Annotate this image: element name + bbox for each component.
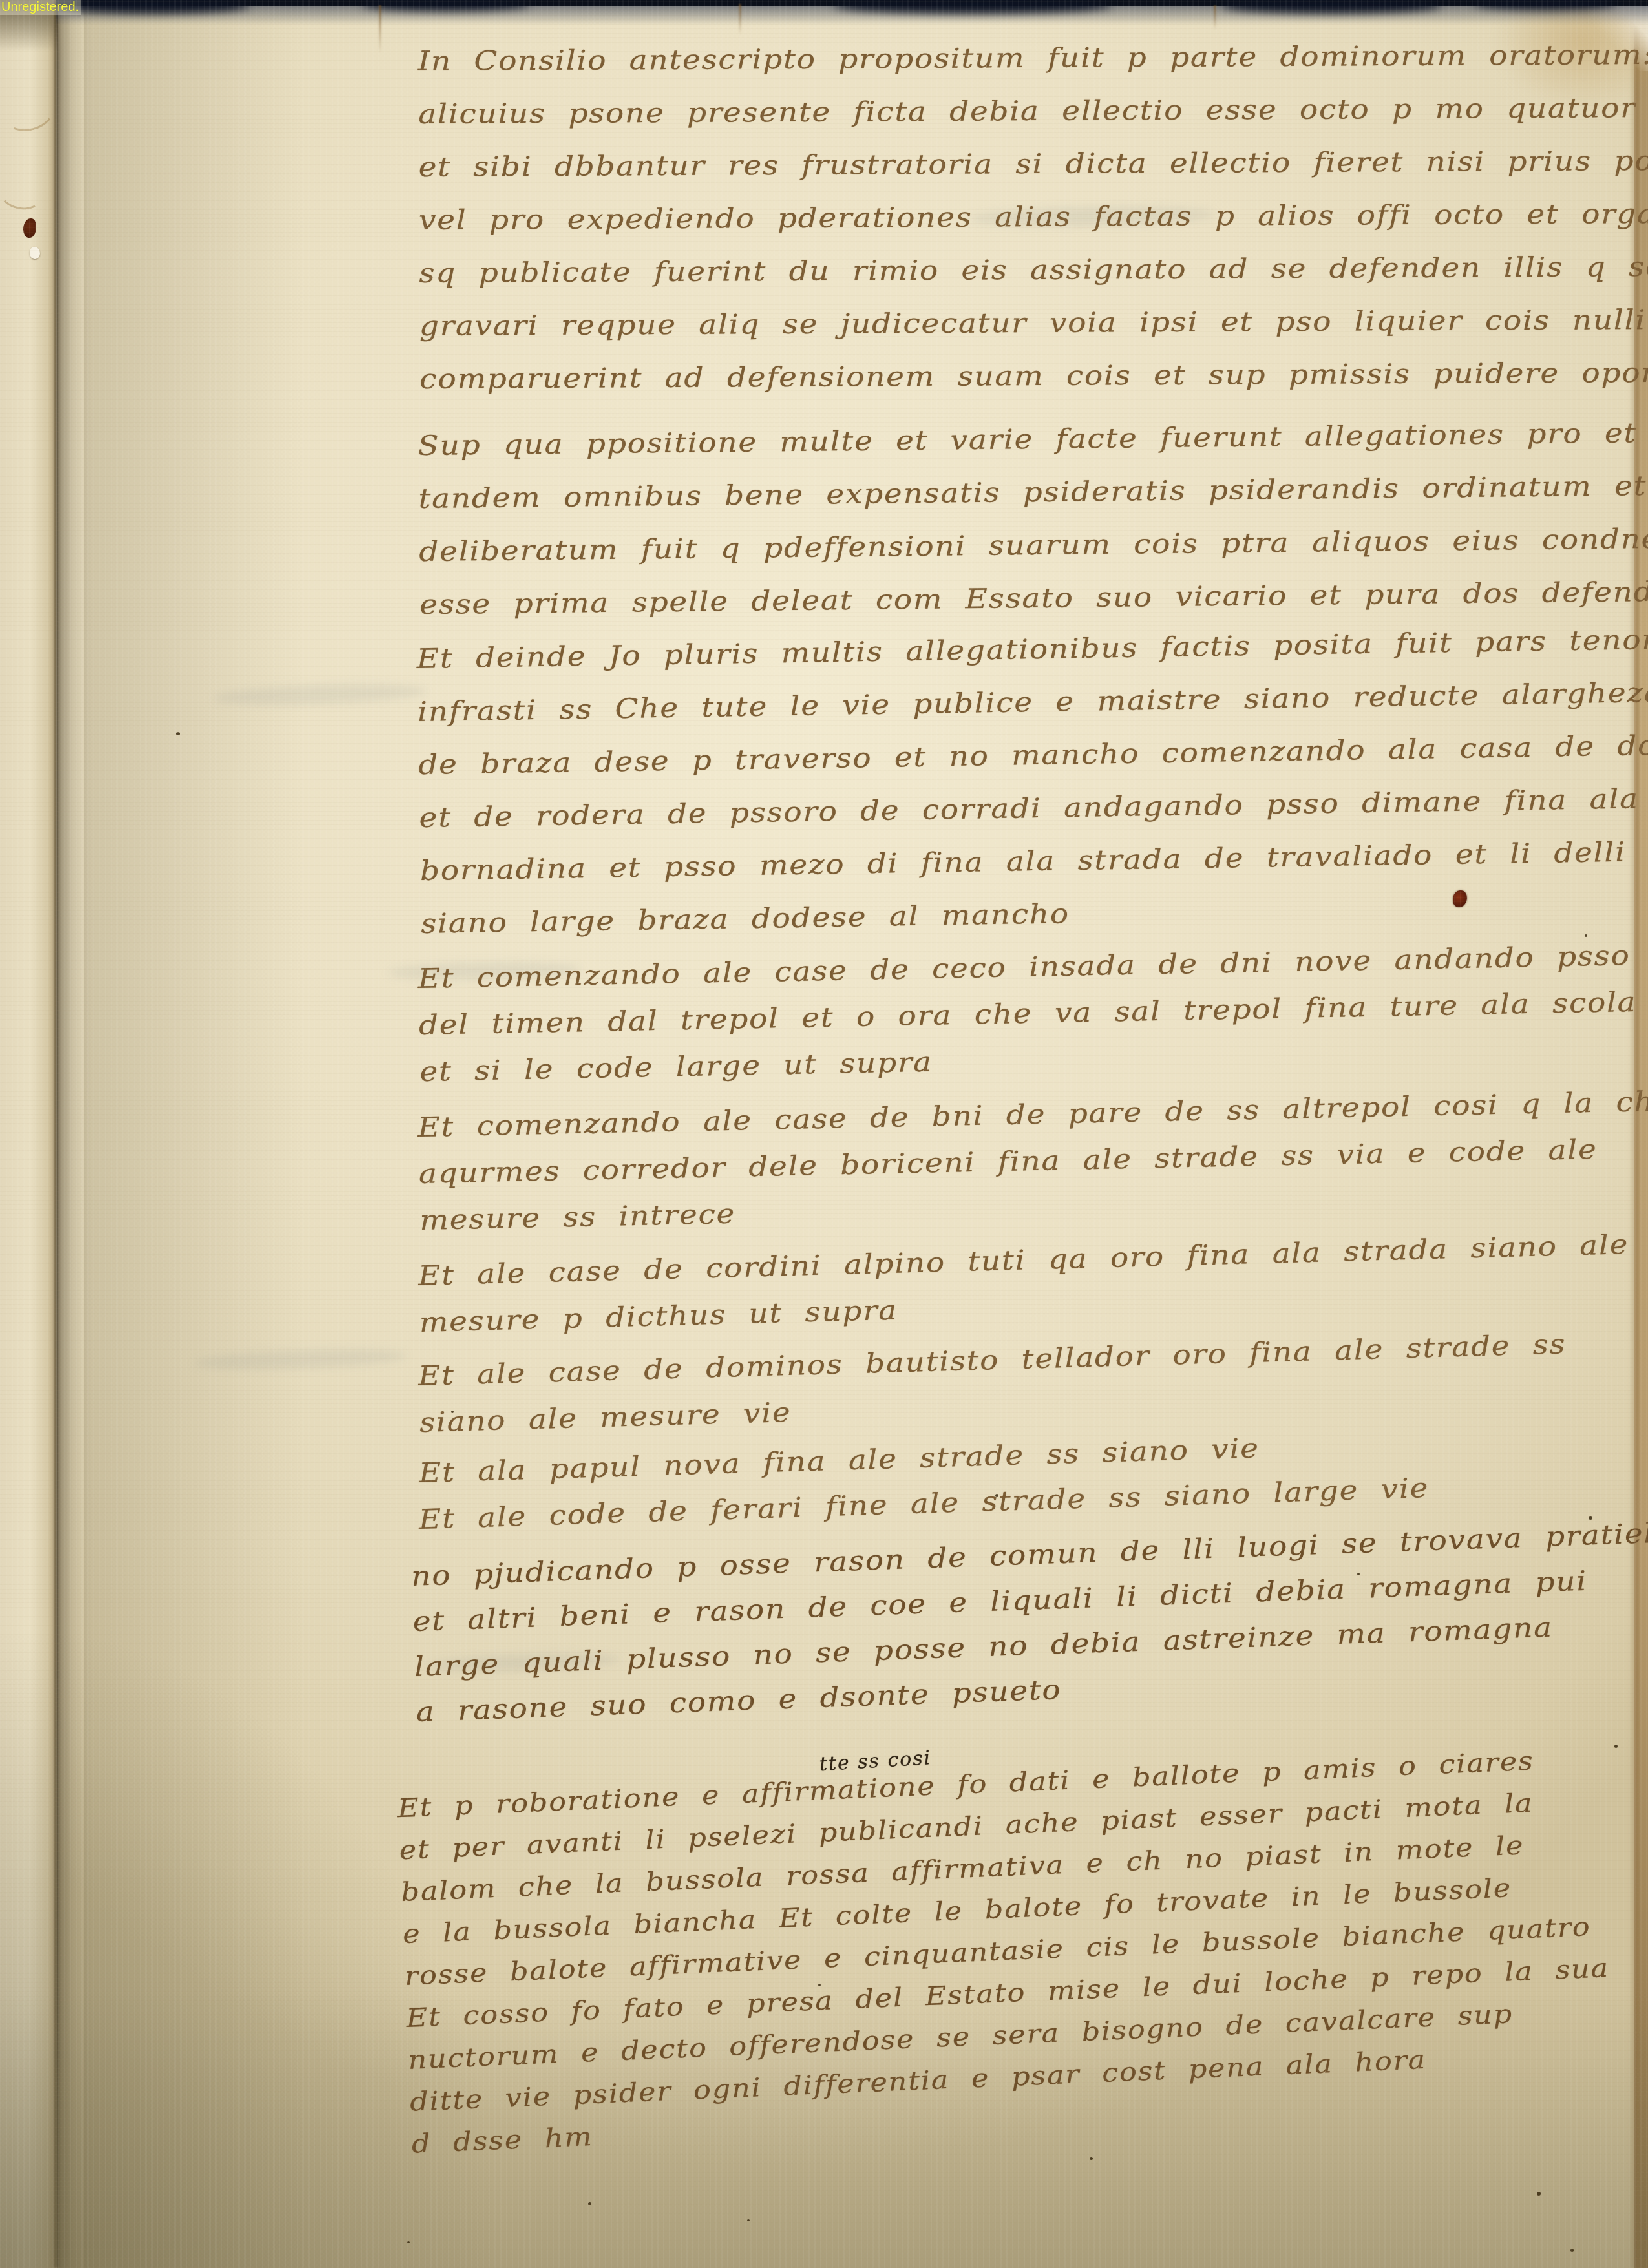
manuscript-paragraph: Et p roboratione e affirmatione fo dati … <box>397 1737 1636 2166</box>
manuscript-paragraph: Et deinde Jo pluris multis allegationibu… <box>416 614 1631 950</box>
dirt-speck <box>1537 2192 1541 2196</box>
manuscript-page-scan: In Consilio antescripto propositum fuit … <box>0 0 1648 2268</box>
dirt-speck <box>588 2202 591 2205</box>
manuscript-line: comparuerint ad defensionem suam cois et… <box>419 346 1648 406</box>
dirt-speck <box>176 732 180 735</box>
manuscript-text-block: In Consilio antescripto propositum fuit … <box>419 35 1629 2166</box>
ink-drip <box>1214 5 1216 30</box>
manuscript-paragraph: In Consilio antescripto propositum fuit … <box>417 28 1629 406</box>
manuscript-line: et sibi dbbantur res frustratoria si dic… <box>418 134 1648 194</box>
manuscript-paragraph: no pjudicando p osse rason de comun de l… <box>410 1511 1631 1734</box>
dirt-speck <box>407 2241 410 2243</box>
manuscript-paragraph: Et comenzando ale case de bni de pare de… <box>417 1079 1630 1244</box>
manuscript-paragraph: Et comenzando ale case de ceco insada de… <box>417 932 1630 1095</box>
unregistered-watermark: Unregistered. <box>0 0 81 15</box>
dirt-speck <box>1570 2249 1574 2252</box>
manuscript-paragraph: Sup qua ppositione multe et varie facte … <box>417 406 1629 631</box>
ink-drip <box>739 4 741 35</box>
manuscript-line: gravari reqpue aliq se judicecatur voia … <box>419 293 1648 353</box>
dirt-speck <box>747 2219 750 2221</box>
manuscript-line: In Consilio antescripto propositum fuit … <box>417 28 1648 88</box>
ink-drip <box>379 5 381 53</box>
paper-chip <box>30 247 40 259</box>
manuscript-line: alicuius psone presente ficta debia elle… <box>418 81 1648 141</box>
manuscript-line: sq publicate fuerint du rimio eis assign… <box>419 240 1648 300</box>
manuscript-line: vel pro expediendo pderationes alias fac… <box>419 187 1648 247</box>
